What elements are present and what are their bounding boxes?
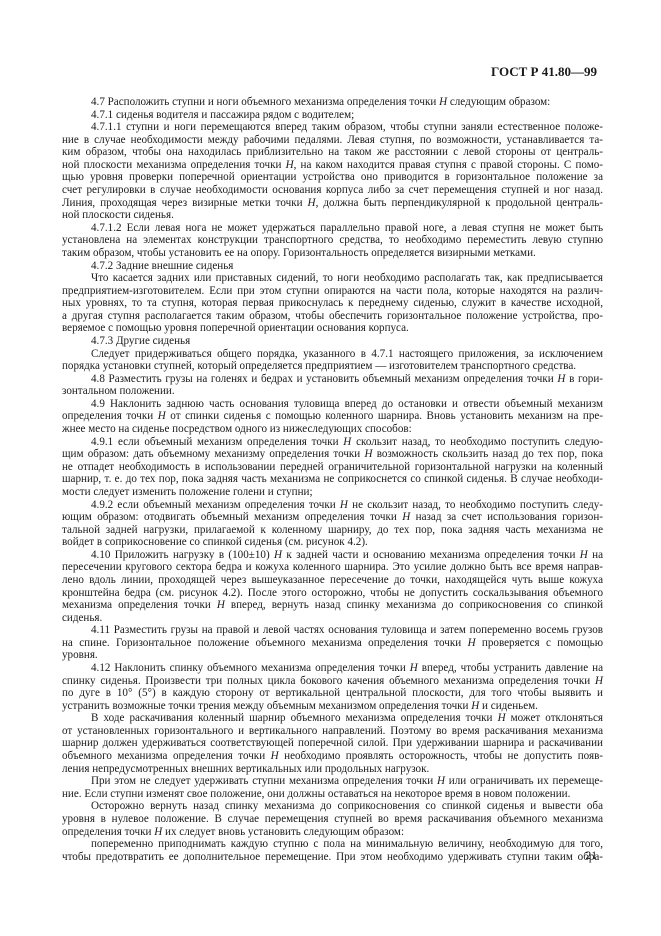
text-line: не отпадет необходимость в использовании… (62, 461, 603, 474)
text-line: 4.7.2 Задние внешние сиденья (62, 260, 603, 273)
text-line: войдет в соприкосновение со спинкой сиде… (62, 536, 603, 549)
paragraph: 4.7.1.2 Если левая нога не может удержат… (62, 222, 603, 260)
text-line: 4.11 Разместить грузы на правой и левой … (62, 624, 603, 637)
paragraph: 4.9.2 если объемный механизм определения… (62, 499, 603, 549)
paragraph: 4.11 Разместить грузы на правой и левой … (62, 624, 603, 662)
text-line: лено вдоль линии, проходящей через вышеу… (62, 574, 603, 587)
text-line: 4.8 Разместить грузы на голенях и бедрах… (62, 373, 603, 386)
text-line: шарнир должен удерживаться соответствующ… (62, 737, 603, 750)
text-line: В ходе раскачивания коленный шарнир объе… (62, 712, 603, 725)
text-line: от установленных горизонтального и верти… (62, 725, 603, 738)
paragraph: В ходе раскачивания коленный шарнир объе… (62, 712, 603, 775)
text-line: 4.7.3 Другие сиденья (62, 335, 603, 348)
page-number: 21 (586, 850, 598, 862)
text-line: ющим образом: отодвигать объемный механи… (62, 511, 603, 524)
paragraph: При этом не следует удерживать ступни ме… (62, 775, 603, 800)
paragraph: 4.10 Приложить нагрузку в (100±10) H к з… (62, 549, 603, 624)
text-line: ким образом, чтобы она находилась прибли… (62, 146, 603, 159)
paragraph: Что касается задних или приставных сиден… (62, 272, 603, 335)
text-line: на спине. Горизонтальное положение объем… (62, 637, 603, 650)
text-line: попеременно приподнимать каждую ступню с… (62, 838, 603, 851)
text-line: ных уровнях, то та ступня, которая перва… (62, 297, 603, 310)
text-line: шарнир, т. е. до тех пор, пока задняя ча… (62, 473, 603, 486)
text-line: а другая ступня располагается таким обра… (62, 310, 603, 323)
text-line: зонтальном положении. (62, 385, 603, 398)
paragraph: 4.7.3 Другие сиденья (62, 335, 603, 348)
text-line: таким образом, чтобы установить ее на оп… (62, 247, 603, 260)
text-line: веряемое с помощью уровня поперечной ори… (62, 322, 603, 335)
text-line: Осторожно вернуть назад спинку механизма… (62, 800, 603, 813)
paragraph: 4.9 Наклонить заднюю часть основания тул… (62, 398, 603, 436)
text-line: щим образом: дать объемному механизму оп… (62, 448, 603, 461)
text-line: счет регулировки в случае необходимости … (62, 184, 603, 197)
text-line: ние. Если ступни изменят свое положение,… (62, 788, 603, 801)
text-line: объемного механизма определения точки H … (62, 750, 603, 763)
paragraph: Осторожно вернуть назад спинку механизма… (62, 800, 603, 838)
text-line: 4.9 Наклонить заднюю часть основания тул… (62, 398, 603, 411)
text-line: щью уровня проверки поперечной ориентаци… (62, 171, 603, 184)
text-line: тальной задней нагрузки, прилагаемой к к… (62, 524, 603, 537)
paragraph: Следует придерживаться общего порядка, у… (62, 348, 603, 373)
paragraph: попеременно приподнимать каждую ступню с… (62, 838, 603, 863)
text-line: 4.7.1.2 Если левая нога не может удержат… (62, 222, 603, 235)
paragraph: 4.8 Разместить грузы на голенях и бедрах… (62, 373, 603, 398)
paragraph: 4.7 Расположить ступни и ноги объемного … (62, 96, 603, 109)
paragraph: 4.7.2 Задние внешние сиденья (62, 260, 603, 273)
text-line: спинку сиденья. Произвести три полных ци… (62, 675, 603, 688)
text-line: При этом не следует удерживать ступни ме… (62, 775, 603, 788)
text-line: Что касается задних или приставных сиден… (62, 272, 603, 285)
text-line: жнее место на сиденье посредством одного… (62, 423, 603, 436)
text-line: 4.7.1 сиденья водителя и пассажира рядом… (62, 109, 603, 122)
text-line: 4.7 Расположить ступни и ноги объемного … (62, 96, 603, 109)
text-line: сиденья. (62, 612, 603, 625)
text-line: Следует придерживаться общего порядка, у… (62, 348, 603, 361)
text-line: по дуге в 10° (5°) в каждую сторону от в… (62, 687, 603, 700)
text-line: 4.12 Наклонить спинку объемного механизм… (62, 662, 603, 675)
paragraph: 4.7.1.1 ступни и ноги перемещаются впере… (62, 121, 603, 222)
text-line: ной плоскости механизма определения точк… (62, 159, 603, 172)
text-line: 4.10 Приложить нагрузку в (100±10) H к з… (62, 549, 603, 562)
text-line: ние в случае необходимости между рабочим… (62, 134, 603, 147)
text-line: мости следует изменить положение голени … (62, 486, 603, 499)
text-line: ной плоскости сиденья. (62, 209, 603, 222)
paragraph: 4.12 Наклонить спинку объемного механизм… (62, 662, 603, 712)
text-line: кронштейна бедра (см. рисунок 4.2). Посл… (62, 587, 603, 600)
text-line: порядка установки ступней, который опред… (62, 360, 603, 373)
text-line: установлена на элементах конструкции тра… (62, 234, 603, 247)
document-header-standard-number: ГОСТ Р 41.80—99 (491, 64, 597, 80)
text-line: определения точки H их следует вновь уст… (62, 826, 603, 839)
text-line: устранить возможные точки трения между о… (62, 700, 603, 713)
text-line: пересечении кругового сектора бедра и ко… (62, 561, 603, 574)
paragraph: 4.7.1 сиденья водителя и пассажира рядом… (62, 109, 603, 122)
paragraph: 4.9.1 если объемный механизм определения… (62, 436, 603, 499)
document-body: 4.7 Расположить ступни и ноги объемного … (62, 96, 603, 863)
text-line: чтобы предотвратить ее дополнительное пе… (62, 851, 603, 864)
text-line: 4.7.1.1 ступни и ноги перемещаются впере… (62, 121, 603, 134)
text-line: предприятием-изготовителем. Если при это… (62, 285, 603, 298)
text-line: Линия, проходящая через визирные метки т… (62, 197, 603, 210)
text-line: 4.9.2 если объемный механизм определения… (62, 499, 603, 512)
text-line: ления непредусмотренных внешних вертикал… (62, 763, 603, 776)
text-line: уровня. (62, 649, 603, 662)
text-line: 4.9.1 если объемный механизм определения… (62, 436, 603, 449)
text-line: определения точки H от спинки сиденья с … (62, 410, 603, 423)
text-line: уровня в нулевое положение. В случае пер… (62, 813, 603, 826)
text-line: механизма определения точки H вперед, ве… (62, 599, 603, 612)
